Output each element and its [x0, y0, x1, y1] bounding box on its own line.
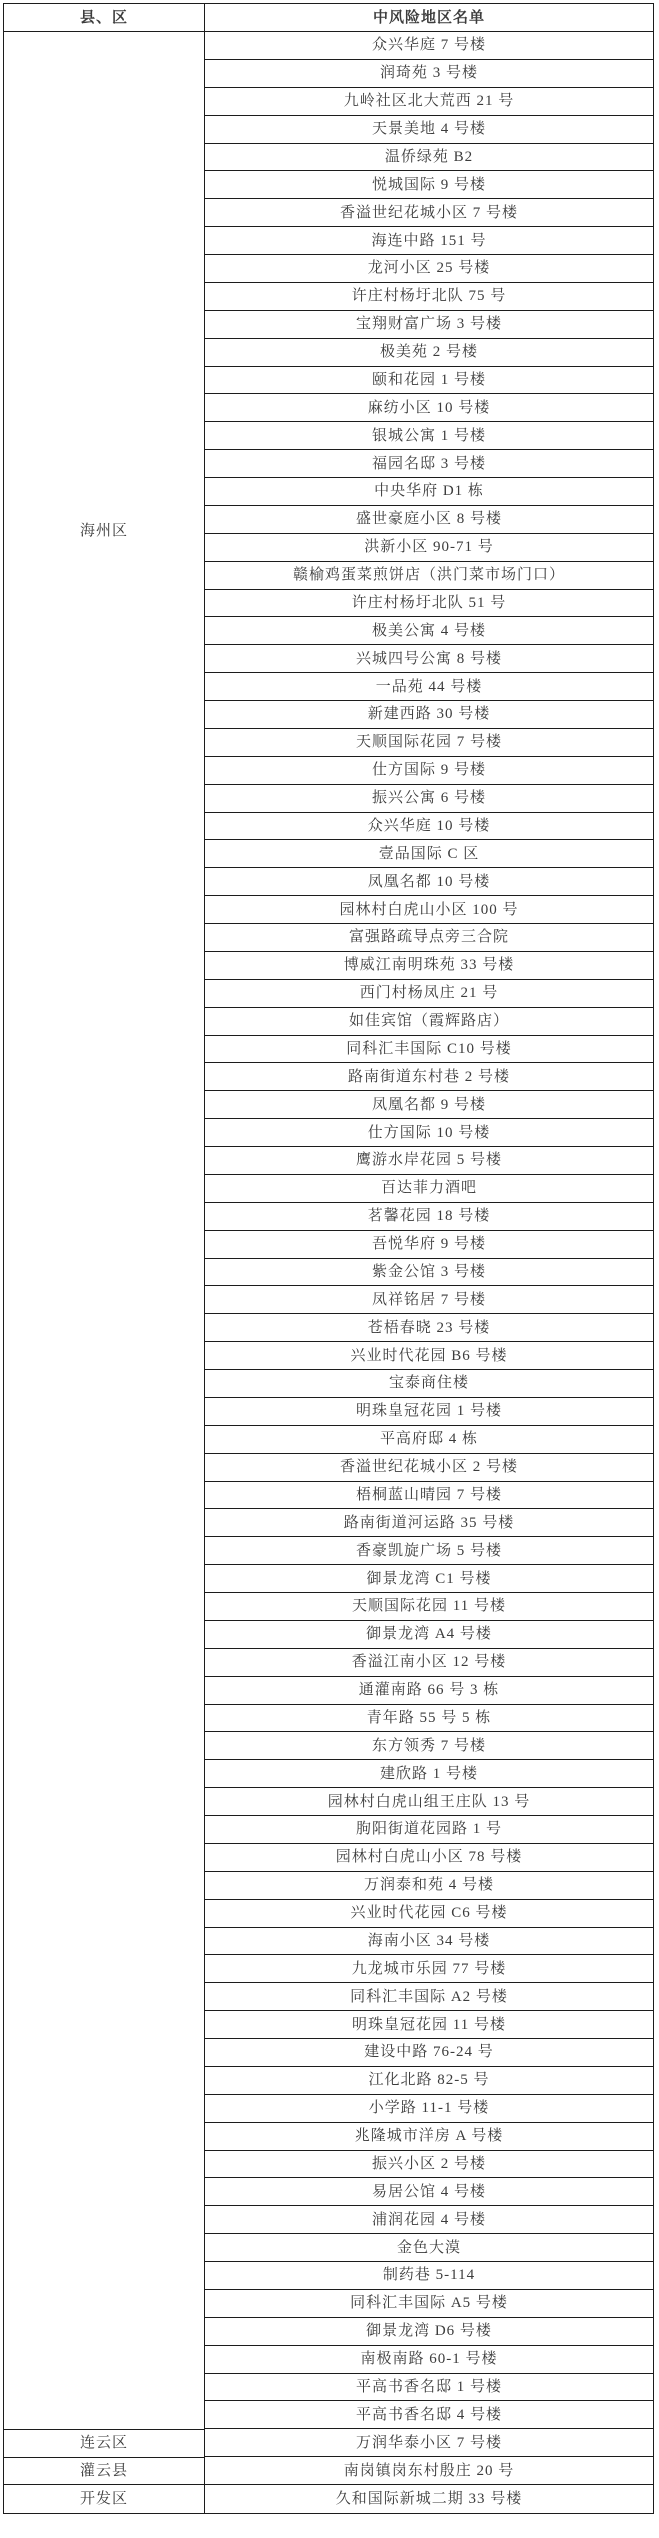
table-row: 龙河小区 25 号楼	[205, 255, 653, 283]
area-name: 凤祥铭居 7 号楼	[372, 1291, 486, 1309]
area-name: 润琦苑 3 号楼	[380, 64, 478, 82]
table-row: 香溢世纪花城小区 7 号楼	[205, 199, 653, 227]
area-name: 香豪凯旋广场 5 号楼	[356, 1542, 502, 1560]
table-row: 御景龙湾 A4 号楼	[205, 1621, 653, 1649]
area-name: 悦城国际 9 号楼	[372, 176, 486, 194]
area-name: 南岗镇岗东村殷庄 20 号	[344, 2462, 515, 2480]
area-name: 颐和花园 1 号楼	[372, 371, 486, 389]
table-row: 建设中路 76-24 号	[205, 2039, 653, 2067]
table-row: 南岗镇岗东村殷庄 20 号	[205, 2457, 653, 2485]
table-row: 园林村白虎山小区 78 号楼	[205, 1844, 653, 1872]
area-name: 新建西路 30 号楼	[368, 705, 491, 723]
table-row: 兴业时代花园 C6 号楼	[205, 1900, 653, 1928]
table-row: 小学路 11-1 号楼	[205, 2095, 653, 2123]
table-row: 凤祥铭居 7 号楼	[205, 1286, 653, 1314]
area-name: 天顺国际花园 11 号楼	[352, 1597, 506, 1615]
area-name: 兴城四号公寓 8 号楼	[356, 650, 502, 668]
table-row: 众兴华庭 10 号楼	[205, 813, 653, 841]
table-row: 凤凰名都 9 号楼	[205, 1091, 653, 1119]
area-name: 园林村白虎山组王庄队 13 号	[328, 1793, 531, 1811]
table-row: 园林村白虎山小区 100 号	[205, 896, 653, 924]
area-name: 平高书香名邸 1 号楼	[356, 2378, 502, 2396]
area-name: 洪新小区 90-71 号	[364, 538, 494, 556]
area-name: 兴业时代花园 C6 号楼	[350, 1904, 507, 1922]
area-name: 园林村白虎山小区 78 号楼	[336, 1848, 523, 1866]
table-row: 建欣路 1 号楼	[205, 1760, 653, 1788]
area-name: 同科汇丰国际 A2 号楼	[350, 1988, 508, 2006]
table-row: 御景龙湾 C1 号楼	[205, 1565, 653, 1593]
district-cell: 连云区	[4, 2430, 204, 2458]
area-name: 小学路 11-1 号楼	[369, 2099, 489, 2117]
area-name: 凤凰名都 10 号楼	[368, 873, 491, 891]
table-row: 众兴华庭 7 号楼	[205, 32, 653, 60]
area-name: 众兴华庭 7 号楼	[372, 36, 486, 54]
area-name: 御景龙湾 C1 号楼	[366, 1570, 491, 1588]
table-row: 中央华府 D1 栋	[205, 478, 653, 506]
table-row: 同科汇丰国际 A2 号楼	[205, 1983, 653, 2011]
district-cell: 开发区	[4, 2485, 204, 2513]
area-name: 青年路 55 号 5 栋	[367, 1709, 492, 1727]
table-row: 兆隆城市洋房 A 号楼	[205, 2123, 653, 2151]
table-row: 久和国际新城二期 33 号楼	[205, 2485, 653, 2513]
table-row: 园林村白虎山组王庄队 13 号	[205, 1788, 653, 1816]
area-name: 极美苑 2 号楼	[380, 343, 478, 361]
district-header-label: 县、区	[80, 9, 128, 27]
area-name: 海连中路 151 号	[371, 232, 486, 250]
table-row: 温侨绿苑 B2	[205, 144, 653, 172]
table-row: 明珠皇冠花园 1 号楼	[205, 1398, 653, 1426]
table-row: 南极南路 60-1 号楼	[205, 2346, 653, 2374]
table-row: 鹰游水岸花园 5 号楼	[205, 1147, 653, 1175]
area-name: 百达菲力酒吧	[381, 1179, 477, 1197]
district-name: 连云区	[80, 2434, 128, 2452]
area-name: 通灌南路 66 号 3 栋	[359, 1681, 500, 1699]
table-row: 同科汇丰国际 A5 号楼	[205, 2290, 653, 2318]
table-row: 凤凰名都 10 号楼	[205, 868, 653, 896]
district-cell: 海州区	[4, 32, 204, 2430]
table-row: 海连中路 151 号	[205, 227, 653, 255]
table-row: 百达菲力酒吧	[205, 1175, 653, 1203]
table-row: 紫金公馆 3 号楼	[205, 1259, 653, 1287]
table-row: 香溢江南小区 12 号楼	[205, 1649, 653, 1677]
table-row: 茗馨花园 18 号楼	[205, 1203, 653, 1231]
area-name: 建设中路 76-24 号	[364, 2043, 494, 2061]
area-name: 兴业时代花园 B6 号楼	[350, 1347, 507, 1365]
table-row: 洪新小区 90-71 号	[205, 534, 653, 562]
area-column: 中风险地区名单 众兴华庭 7 号楼 润琦苑 3 号楼 九岭社区北大荒西 21 号…	[205, 4, 653, 2513]
table-row: 富强路疏导点旁三合院	[205, 924, 653, 952]
area-name: 御景龙湾 D6 号楼	[366, 2322, 492, 2340]
area-header-label: 中风险地区名单	[373, 9, 485, 27]
table-row: 江化北路 82-5 号	[205, 2067, 653, 2095]
table-row: 极美公寓 4 号楼	[205, 617, 653, 645]
area-name: 富强路疏导点旁三合院	[349, 928, 509, 946]
district-name: 开发区	[80, 2490, 128, 2508]
table-row: 朐阳街道花园路 1 号	[205, 1816, 653, 1844]
table-row: 麻纺小区 10 号楼	[205, 394, 653, 422]
table-row: 天顺国际花园 11 号楼	[205, 1593, 653, 1621]
table-row: 御景龙湾 D6 号楼	[205, 2318, 653, 2346]
table-row: 易居公馆 4 号楼	[205, 2178, 653, 2206]
table-row: 新建西路 30 号楼	[205, 701, 653, 729]
area-name: 九岭社区北大荒西 21 号	[344, 92, 515, 110]
table-row: 香豪凯旋广场 5 号楼	[205, 1537, 653, 1565]
table-row: 天顺国际花园 7 号楼	[205, 729, 653, 757]
table-row: 梧桐蓝山晴园 7 号楼	[205, 1482, 653, 1510]
risk-area-table: 县、区 海州区 连云区 灌云县 开发区 中风险地区名单 众兴华庭 7 号楼 润琦…	[3, 3, 654, 2514]
area-name: 温侨绿苑 B2	[385, 148, 473, 166]
area-name: 建欣路 1 号楼	[380, 1765, 478, 1783]
area-name: 极美公寓 4 号楼	[372, 622, 486, 640]
table-row: 赣榆鸡蛋菜煎饼店（洪门菜市场门口）	[205, 562, 653, 590]
area-name: 东方领秀 7 号楼	[372, 1737, 486, 1755]
area-name: 许庄村杨圩北队 75 号	[352, 287, 507, 305]
area-name: 万润泰和苑 4 号楼	[364, 1876, 494, 1894]
table-row: 极美苑 2 号楼	[205, 339, 653, 367]
area-name: 盛世豪庭小区 8 号楼	[356, 510, 502, 528]
table-row: 仕方国际 10 号楼	[205, 1119, 653, 1147]
table-row: 福园名邸 3 号楼	[205, 450, 653, 478]
table-row: 九龙城市乐园 77 号楼	[205, 1955, 653, 1983]
area-name: 浦润花园 4 号楼	[372, 2211, 486, 2229]
area-name: 园林村白虎山小区 100 号	[339, 901, 518, 919]
table-row: 香溢世纪花城小区 2 号楼	[205, 1454, 653, 1482]
table-row: 许庄村杨圩北队 51 号	[205, 590, 653, 618]
area-name: 香溢世纪花城小区 7 号楼	[340, 204, 518, 222]
area-name: 天景美地 4 号楼	[372, 120, 486, 138]
area-name: 银城公寓 1 号楼	[372, 427, 486, 445]
table-row: 润琦苑 3 号楼	[205, 60, 653, 88]
table-row: 九岭社区北大荒西 21 号	[205, 88, 653, 116]
table-row: 仕方国际 9 号楼	[205, 757, 653, 785]
area-name: 许庄村杨圩北队 51 号	[352, 594, 507, 612]
area-name: 明珠皇冠花园 11 号楼	[352, 2016, 506, 2034]
area-name: 苍梧春晓 23 号楼	[368, 1319, 491, 1337]
district-name: 海州区	[4, 522, 204, 540]
area-name: 吾悦华府 9 号楼	[372, 1235, 486, 1253]
area-name: 香溢世纪花城小区 2 号楼	[340, 1458, 518, 1476]
district-column-header: 县、区	[4, 4, 204, 32]
table-row: 制药巷 5-114	[205, 2262, 653, 2290]
area-name: 宝泰商住楼	[389, 1374, 469, 1392]
table-row: 金色大漠	[205, 2234, 653, 2262]
area-name: 一品苑 44 号楼	[376, 678, 483, 696]
area-name: 路南街道河运路 35 号楼	[344, 1514, 515, 1532]
area-name: 梧桐蓝山晴园 7 号楼	[356, 1486, 502, 1504]
table-row: 通灌南路 66 号 3 栋	[205, 1677, 653, 1705]
area-name: 仕方国际 10 号楼	[368, 1124, 491, 1142]
area-name: 明珠皇冠花园 1 号楼	[356, 1402, 502, 1420]
area-name: 香溢江南小区 12 号楼	[352, 1653, 507, 1671]
area-name: 平高书香名邸 4 号楼	[356, 2406, 502, 2424]
area-name: 振兴公寓 6 号楼	[372, 789, 486, 807]
area-name: 振兴小区 2 号楼	[372, 2155, 486, 2173]
area-name: 如佳宾馆（霞辉路店）	[349, 1012, 509, 1030]
table-row: 平高书香名邸 4 号楼	[205, 2401, 653, 2429]
area-name: 易居公馆 4 号楼	[372, 2183, 486, 2201]
area-name: 博威江南明珠苑 33 号楼	[344, 956, 515, 974]
table-row: 宝翔财富广场 3 号楼	[205, 311, 653, 339]
table-row: 壹品国际 C 区	[205, 840, 653, 868]
table-row: 浦润花园 4 号楼	[205, 2206, 653, 2234]
area-name: 九龙城市乐园 77 号楼	[352, 1960, 507, 1978]
district-name: 灌云县	[80, 2462, 128, 2480]
table-row: 万润华泰小区 7 号楼	[205, 2429, 653, 2457]
area-name: 江化北路 82-5 号	[369, 2071, 490, 2089]
area-name: 鹰游水岸花园 5 号楼	[356, 1151, 502, 1169]
table-row: 颐和花园 1 号楼	[205, 367, 653, 395]
area-name: 福园名邸 3 号楼	[372, 455, 486, 473]
area-name: 众兴华庭 10 号楼	[368, 817, 491, 835]
area-name: 平高府邸 4 栋	[380, 1430, 478, 1448]
area-name: 金色大漠	[397, 2239, 461, 2257]
page: { "table": { "border_color": "#1c1c1c", …	[0, 0, 659, 2538]
table-row: 盛世豪庭小区 8 号楼	[205, 506, 653, 534]
table-row: 明珠皇冠花园 11 号楼	[205, 2011, 653, 2039]
area-name: 朐阳街道花园路 1 号	[356, 1820, 502, 1838]
area-name: 御景龙湾 A4 号楼	[366, 1625, 492, 1643]
table-row: 兴城四号公寓 8 号楼	[205, 645, 653, 673]
area-name: 制药巷 5-114	[383, 2266, 475, 2284]
district-cell: 灌云县	[4, 2458, 204, 2486]
table-row: 兴业时代花园 B6 号楼	[205, 1342, 653, 1370]
table-row: 万润泰和苑 4 号楼	[205, 1872, 653, 1900]
table-row: 振兴小区 2 号楼	[205, 2151, 653, 2179]
table-row: 宝泰商住楼	[205, 1370, 653, 1398]
table-row: 青年路 55 号 5 栋	[205, 1705, 653, 1733]
table-row: 同科汇丰国际 C10 号楼	[205, 1036, 653, 1064]
area-column-header: 中风险地区名单	[205, 4, 653, 32]
area-name: 凤凰名都 9 号楼	[372, 1096, 486, 1114]
district-column: 县、区 海州区 连云区 灌云县 开发区	[4, 4, 205, 2513]
table-row: 振兴公寓 6 号楼	[205, 785, 653, 813]
table-row: 如佳宾馆（霞辉路店）	[205, 1008, 653, 1036]
area-name: 海南小区 34 号楼	[368, 1932, 491, 1950]
area-name: 同科汇丰国际 A5 号楼	[350, 2294, 508, 2312]
table-row: 平高书香名邸 1 号楼	[205, 2374, 653, 2402]
area-name: 仕方国际 9 号楼	[372, 761, 486, 779]
area-name: 紫金公馆 3 号楼	[372, 1263, 486, 1281]
area-name: 壹品国际 C 区	[379, 845, 480, 863]
area-name: 龙河小区 25 号楼	[368, 259, 491, 277]
table-row: 苍梧春晓 23 号楼	[205, 1314, 653, 1342]
area-name: 中央华府 D1 栋	[374, 482, 484, 500]
area-name: 茗馨花园 18 号楼	[368, 1207, 491, 1225]
table-row: 博威江南明珠苑 33 号楼	[205, 952, 653, 980]
table-row: 平高府邸 4 栋	[205, 1426, 653, 1454]
area-name: 麻纺小区 10 号楼	[368, 399, 491, 417]
table-row: 吾悦华府 9 号楼	[205, 1231, 653, 1259]
area-name: 赣榆鸡蛋菜煎饼店（洪门菜市场门口）	[293, 566, 565, 584]
table-row: 银城公寓 1 号楼	[205, 422, 653, 450]
table-row: 海南小区 34 号楼	[205, 1928, 653, 1956]
area-name: 久和国际新城二期 33 号楼	[336, 2490, 523, 2508]
table-row: 路南街道东村巷 2 号楼	[205, 1063, 653, 1091]
table-row: 许庄村杨圩北队 75 号	[205, 283, 653, 311]
area-name: 兆隆城市洋房 A 号楼	[355, 2127, 504, 2145]
area-name: 宝翔财富广场 3 号楼	[356, 315, 502, 333]
area-name: 同科汇丰国际 C10 号楼	[346, 1040, 512, 1058]
table-row: 西门村杨凤庄 21 号	[205, 980, 653, 1008]
table-row: 一品苑 44 号楼	[205, 673, 653, 701]
area-name: 南极南路 60-1 号楼	[361, 2350, 498, 2368]
table-row: 天景美地 4 号楼	[205, 116, 653, 144]
table-row: 悦城国际 9 号楼	[205, 171, 653, 199]
table-row: 东方领秀 7 号楼	[205, 1732, 653, 1760]
area-name: 天顺国际花园 7 号楼	[356, 733, 502, 751]
area-name: 西门村杨凤庄 21 号	[360, 984, 499, 1002]
table-row: 路南街道河运路 35 号楼	[205, 1509, 653, 1537]
area-name: 万润华泰小区 7 号楼	[356, 2434, 502, 2452]
area-name: 路南街道东村巷 2 号楼	[348, 1068, 510, 1086]
